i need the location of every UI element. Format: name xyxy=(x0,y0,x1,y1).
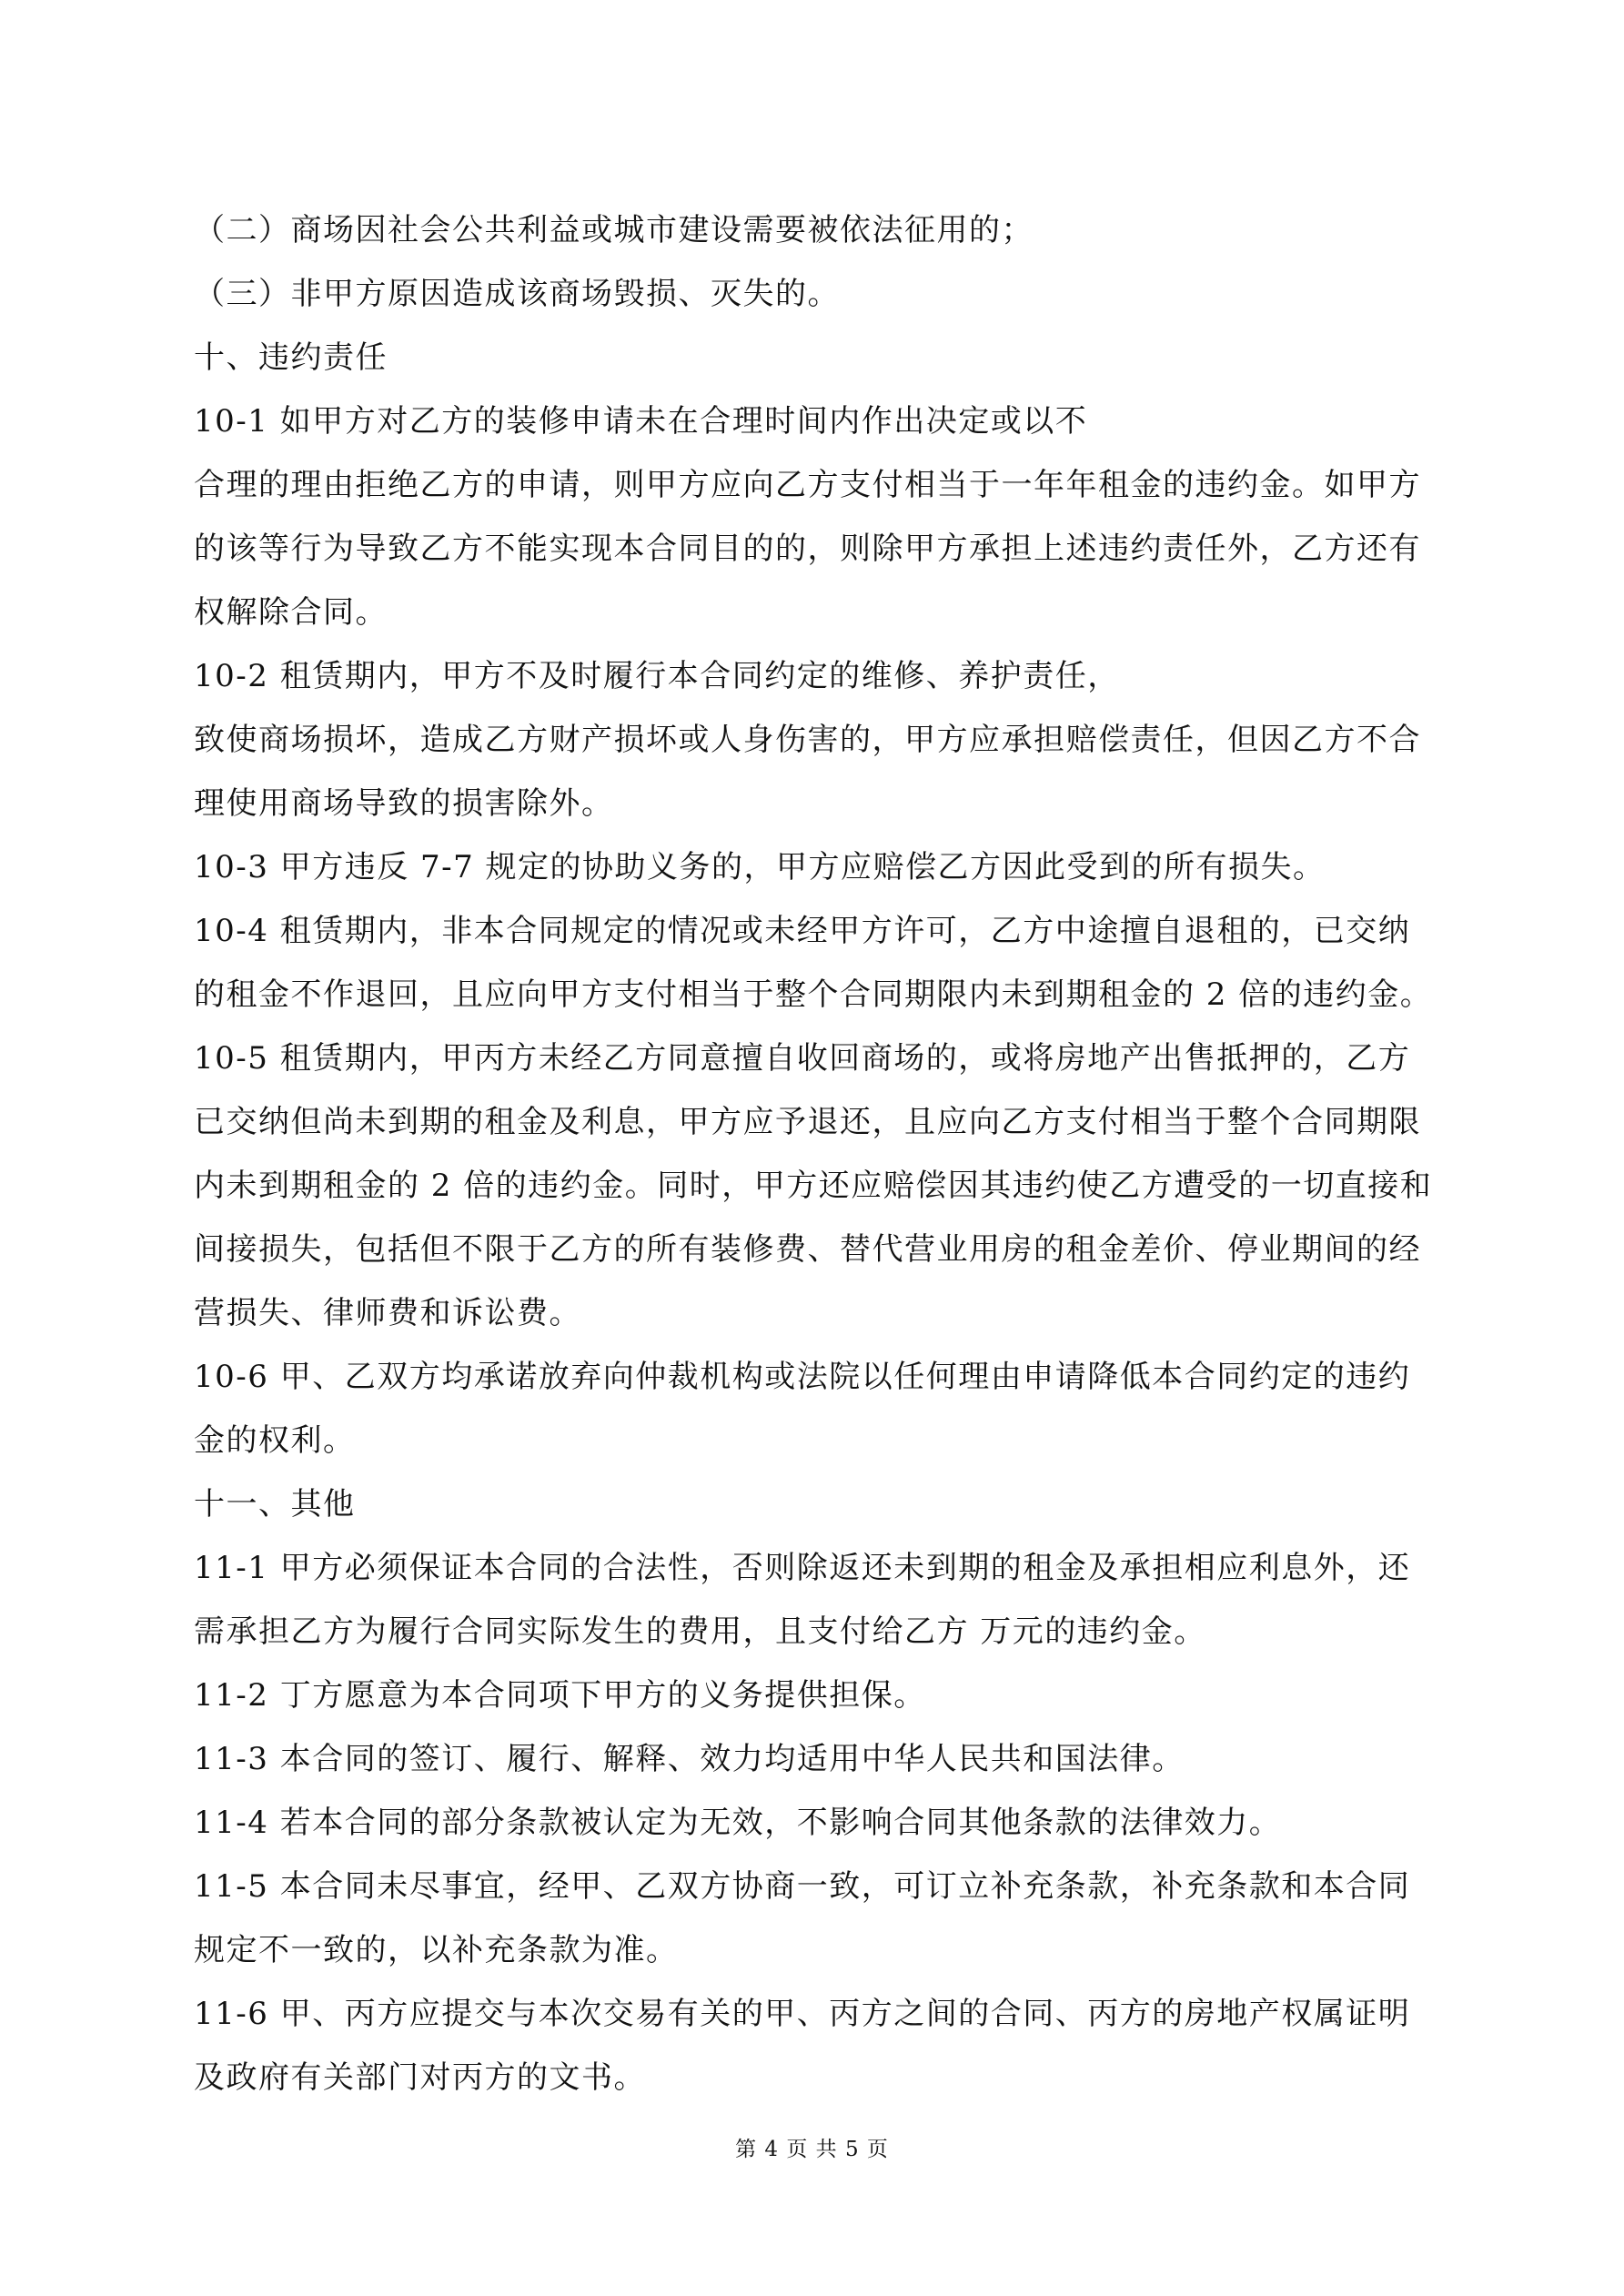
clause-11-5: 11-5 本合同未尽事宜，经甲、乙双方协商一致，可订立补充条款，补充条款和本合同 xyxy=(194,1861,1431,1925)
clause-11-1-cont: 需承担乙方为履行合同实际发生的费用，且支付给乙方 万元的违约金。 xyxy=(194,1606,1431,1670)
clause-10-1: 10-1 如甲方对乙方的装修申请未在合理时间内作出决定或以不 xyxy=(194,396,1431,460)
clause-item-3: （三）非甲方原因造成该商场毁损、灭失的。 xyxy=(194,268,1431,332)
clause-11-3: 11-3 本合同的签订、履行、解释、效力均适用中华人民共和国法律。 xyxy=(194,1734,1431,1797)
clause-10-4: 10-4 租赁期内，非本合同规定的情况或未经甲方许可，乙方中途擅自退租的，已交纳 xyxy=(194,905,1431,969)
clause-10-3: 10-3 甲方违反 7-7 规定的协助义务的，甲方应赔偿乙方因此受到的所有损失。 xyxy=(194,842,1431,905)
clause-10-2-cont: 致使商场损坏，造成乙方财产损坏或人身伤害的，甲方应承担赔偿责任，但因乙方不合 xyxy=(194,714,1431,778)
clause-11-1: 11-1 甲方必须保证本合同的合法性，否则除返还未到期的租金及承担相应利息外，还 xyxy=(194,1542,1431,1606)
clause-10-6: 10-6 甲、乙双方均承诺放弃向仲裁机构或法院以任何理由申请降低本合同约定的违约 xyxy=(194,1351,1431,1415)
clause-10-5-cont: 营损失、律师费和诉讼费。 xyxy=(194,1288,1431,1351)
clause-10-5-cont: 内未到期租金的 2 倍的违约金。同时，甲方还应赔偿因其违约使乙方遭受的一切直接和 xyxy=(194,1160,1431,1224)
clause-10-1-cont: 的该等行为导致乙方不能实现本合同目的的，则除甲方承担上述违约责任外，乙方还有 xyxy=(194,523,1431,587)
clause-item-2: （二）商场因社会公共利益或城市建设需要被依法征用的； xyxy=(194,205,1431,268)
clause-11-4: 11-4 若本合同的部分条款被认定为无效，不影响合同其他条款的法律效力。 xyxy=(194,1797,1431,1861)
clause-10-5: 10-5 租赁期内，甲丙方未经乙方同意擅自收回商场的，或将房地产出售抵押的，乙方 xyxy=(194,1033,1431,1097)
section-heading-breach-liability: 十、违约责任 xyxy=(194,332,1431,396)
clause-10-6-cont: 金的权利。 xyxy=(194,1415,1431,1479)
clause-10-5-cont: 已交纳但尚未到期的租金及利息，甲方应予退还，且应向乙方支付相当于整个合同期限 xyxy=(194,1097,1431,1160)
clause-10-4-cont: 的租金不作退回，且应向甲方支付相当于整个合同期限内未到期租金的 2 倍的违约金。 xyxy=(194,969,1431,1033)
clause-11-5-cont: 规定不一致的，以补充条款为准。 xyxy=(194,1925,1431,1988)
clause-10-1-cont: 合理的理由拒绝乙方的申请，则甲方应向乙方支付相当于一年年租金的违约金。如甲方 xyxy=(194,460,1431,523)
clause-10-5-cont: 间接损失，包括但不限于乙方的所有装修费、替代营业用房的租金差价、停业期间的经 xyxy=(194,1224,1431,1288)
clause-10-2-cont: 理使用商场导致的损害除外。 xyxy=(194,778,1431,842)
clause-10-1-cont: 权解除合同。 xyxy=(194,587,1431,651)
page-number-footer: 第 4 页 共 5 页 xyxy=(0,2132,1624,2162)
clause-11-6-cont: 及政府有关部门对丙方的文书。 xyxy=(194,2052,1431,2116)
clause-11-6: 11-6 甲、丙方应提交与本次交易有关的甲、丙方之间的合同、丙方的房地产权属证明 xyxy=(194,1988,1431,2052)
clause-10-2: 10-2 租赁期内，甲方不及时履行本合同约定的维修、养护责任， xyxy=(194,651,1431,714)
clause-11-2: 11-2 丁方愿意为本合同项下甲方的义务提供担保。 xyxy=(194,1670,1431,1734)
document-body: （二）商场因社会公共利益或城市建设需要被依法征用的； （三）非甲方原因造成该商场… xyxy=(194,205,1431,2116)
section-heading-other: 十一、其他 xyxy=(194,1479,1431,1542)
